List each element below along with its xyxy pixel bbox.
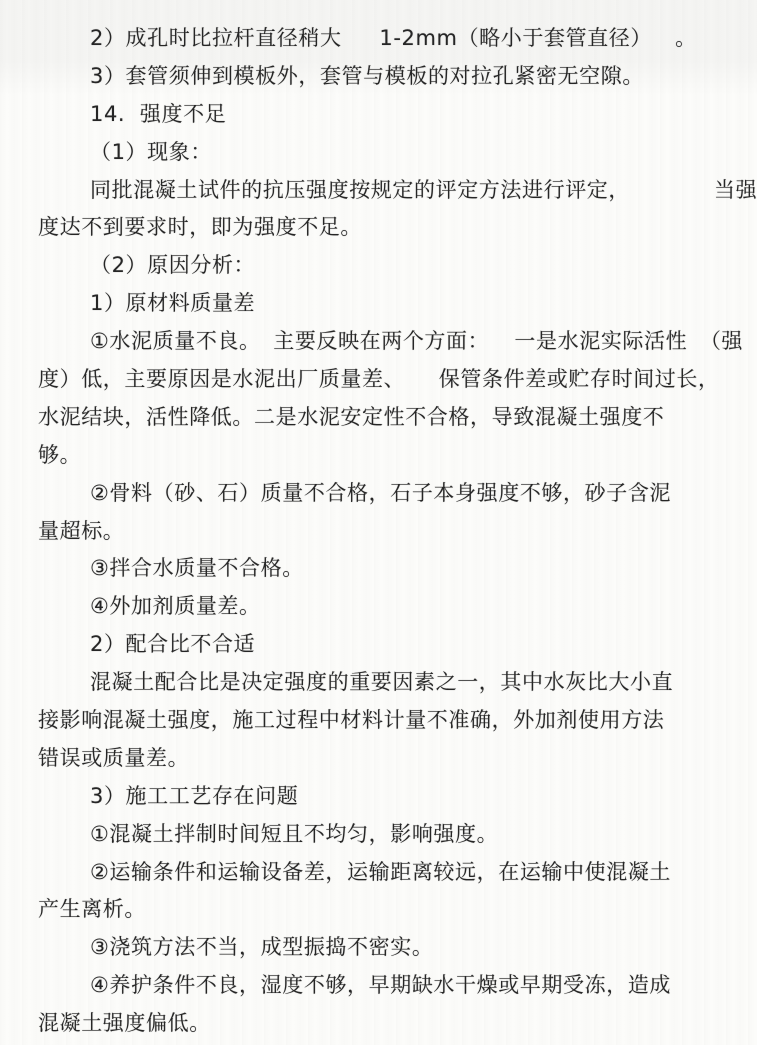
text-line: ③浇筑方法不当，成型振捣不密实。 [38,929,735,967]
text-run: ④养护条件不良，湿度不够，早期缺水干燥或早期受冻，造成 [90,973,671,997]
text-line: ④外加剂质量差。 [38,588,735,626]
text-run: 够。 [38,443,81,467]
text-gap [125,120,140,121]
text-gap [652,44,675,45]
text-line: ①水泥质量不良。主要反映在两个方面：一是水泥实际活性（强 [38,323,735,361]
text-gap [489,347,514,348]
text-gap [630,196,714,197]
text-run: 14. [90,102,125,126]
text-run: 3）施工工艺存在问题 [90,784,298,808]
text-run: 量超标。 [38,519,124,543]
text-line: 2）成孔时比拉杆直径稍大1-2mm（略小于套管直径）。 [38,20,735,58]
text-run: 当强 [714,178,757,202]
text-line: ①混凝土拌制时间短且不均匀，影响强度。 [38,816,735,854]
text-gap [405,385,439,386]
text-run: 混凝土配合比是决定强度的重要因素之一，其中水灰比大小直 [90,670,673,694]
text-run: ①水泥质量不良。 [90,329,261,353]
text-run: 保管条件差或贮存时间过长， [439,367,720,391]
text-line: 度）低，主要原因是水泥出厂质量差、保管条件差或贮存时间过长， [38,361,735,399]
text-run: （1）现象： [90,140,212,164]
text-run: ②骨料（砂、石）质量不合格，石子本身强度不够，砂子含泥 [90,481,671,505]
text-run: ②运输条件和运输设备差，运输距离较远，在运输中使混凝土 [90,860,671,884]
text-run: 产生离析。 [38,897,146,921]
text-run: 混凝土强度偏低。 [38,1011,211,1035]
text-line: 2）配合比不合适 [38,626,735,664]
text-line: ③拌合水质量不合格。 [38,550,735,588]
text-run: （强 [700,329,743,353]
text-line: （2）原因分析： [38,247,735,285]
text-run: 一是水泥实际活性 [514,329,687,353]
text-line: ④养护条件不良，湿度不够，早期缺水干燥或早期受冻，造成 [38,967,735,1005]
text-line: 混凝土配合比是决定强度的重要因素之一，其中水灰比大小直 [38,664,735,702]
text-line: 度达不到要求时，即为强度不足。 [38,209,735,247]
text-run: ③拌合水质量不合格。 [90,556,304,580]
text-run: 3）套管须伸到模板外，套管与模板的对拉孔紧密无空隙。 [90,64,644,88]
text-line: 3）套管须伸到模板外，套管与模板的对拉孔紧密无空隙。 [38,58,735,96]
text-run: 错误或质量差。 [38,746,189,770]
text-line: 接影响混凝土强度，施工过程中材料计量不准确，外加剂使用方法 [38,702,735,740]
text-run: 主要反映在两个方面： [273,329,489,353]
text-run: 1-2mm（略小于套管直径） [379,26,652,50]
text-line: 3）施工工艺存在问题 [38,778,735,816]
text-line: 1）原材料质量差 [38,285,735,323]
text-run: ④外加剂质量差。 [90,594,261,618]
text-run: 度达不到要求时，即为强度不足。 [38,215,362,239]
text-line: 够。 [38,437,735,475]
text-line: ②骨料（砂、石）质量不合格，石子本身强度不够，砂子含泥 [38,475,735,513]
document-text-block: 2）成孔时比拉杆直径稍大1-2mm（略小于套管直径）。3）套管须伸到模板外，套管… [38,20,735,1043]
text-run: ③浇筑方法不当，成型振捣不密实。 [90,935,433,959]
text-line: 同批混凝土试件的抗压强度按规定的评定方法进行评定，当强 [38,172,735,210]
text-line: 14.强度不足 [38,96,735,134]
text-run: （2）原因分析： [90,253,255,277]
text-gap [687,347,700,348]
text-line: 产生离析。 [38,891,735,929]
text-run: 2）配合比不合适 [90,632,255,656]
text-run: 同批混凝土试件的抗压强度按规定的评定方法进行评定， [90,178,630,202]
text-run: 2）成孔时比拉杆直径稍大 [90,26,342,50]
text-run: 强度不足 [140,102,226,126]
text-run: ①混凝土拌制时间短且不均匀，影响强度。 [90,822,498,846]
text-run: 水泥结块，活性降低。二是水泥安定性不合格，导致混凝土强度不 [38,405,664,429]
text-line: 水泥结块，活性降低。二是水泥安定性不合格，导致混凝土强度不 [38,399,735,437]
document-page: 2）成孔时比拉杆直径稍大1-2mm（略小于套管直径）。3）套管须伸到模板外，套管… [0,0,757,1045]
text-line: 量超标。 [38,513,735,551]
text-run: 度）低，主要原因是水泥出厂质量差、 [38,367,405,391]
text-line: ②运输条件和运输设备差，运输距离较远，在运输中使混凝土 [38,854,735,892]
text-run: 1）原材料质量差 [90,291,255,315]
text-line: 错误或质量差。 [38,740,735,778]
text-gap [342,44,380,45]
text-line: （1）现象： [38,134,735,172]
text-gap [261,347,274,348]
text-run: 。 [675,26,697,50]
text-run: 接影响混凝土强度，施工过程中材料计量不准确，外加剂使用方法 [38,708,664,732]
text-line: 混凝土强度偏低。 [38,1005,735,1043]
